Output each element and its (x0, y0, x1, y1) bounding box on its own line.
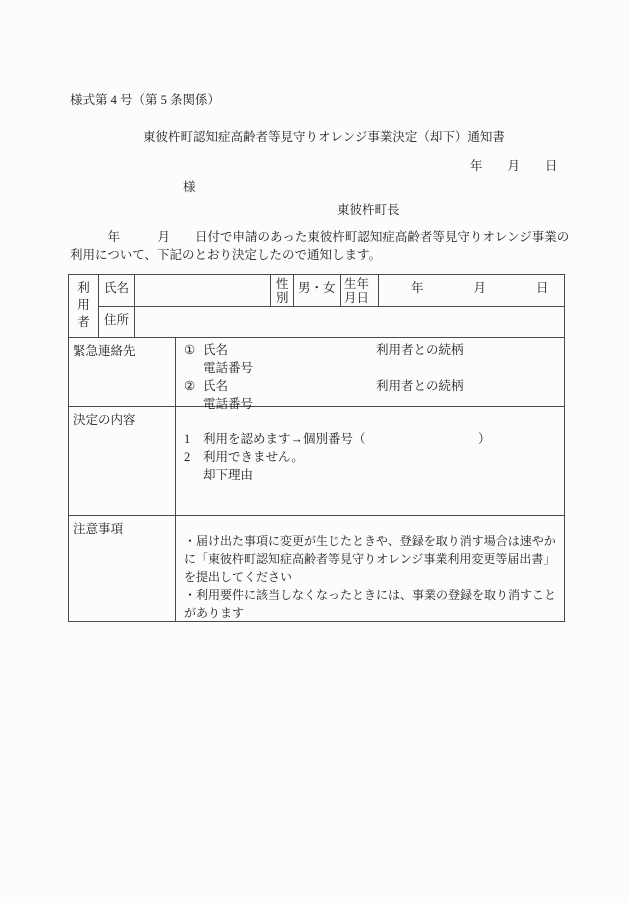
address-value-cell (135, 307, 564, 337)
name-label: 氏名 (99, 275, 135, 306)
notes-row: 注意事項 ・届け出た事項に変更が生じたときや、登録を取り消す場合は速やかに「東彼… (69, 516, 564, 622)
option-text: 利用できません。 (203, 450, 304, 464)
notes-text: ・届け出た事項に変更が生じたときや、登録を取り消す場合は速やかに「東彼杵町認知症… (176, 516, 564, 622)
decision-option-2: 2利用できません。 (184, 448, 564, 466)
emergency-contact-row: 緊急連絡先 ①氏名 利用者との続柄 電話番号 ②氏名 利用者との続柄 電話番号 (69, 338, 564, 407)
emergency-contact-label: 緊急連絡先 (69, 338, 176, 406)
decision-content: 1利用を認めます→個別番号（ ） 2利用できません。 却下理由 (176, 407, 564, 515)
sex-options: 男・女 (294, 275, 341, 306)
contact-name-label: 氏名 (203, 343, 228, 357)
emergency-entry-2: ②氏名 利用者との続柄 (184, 377, 564, 395)
name-value-cell (135, 275, 271, 306)
birth-date-label: 生年月日 (341, 275, 379, 306)
emergency-entry-1: ①氏名 利用者との続柄 (184, 341, 564, 359)
emergency-contact-content: ①氏名 利用者との続柄 電話番号 ②氏名 利用者との続柄 電話番号 (176, 338, 564, 406)
form-number: 様式第 4 号（第 5 条関係） (70, 90, 220, 108)
user-address-row: 住所 (99, 307, 564, 337)
option-number: 2 (184, 448, 203, 466)
contact-relation-label: 利用者との続柄 (376, 341, 464, 359)
decision-option-1: 1利用を認めます→個別番号（ ） (184, 430, 564, 448)
user-group-label: 利用者 (69, 275, 99, 337)
application-form-table: 利用者 氏名 性別 男・女 生年月日 年 月 日 住所 緊急連絡先 (68, 274, 565, 622)
body-line-2: 利用について、下記のとおり決定したので通知します。 (70, 246, 590, 264)
rejection-reason-label: 却下理由 (203, 468, 253, 482)
contact-relation-label: 利用者との続柄 (376, 377, 464, 395)
page-title: 東彼杵町認知症高齢者等見守りオレンジ事業決定（却下）通知書 (143, 127, 505, 145)
sender-name: 東彼杵町長 (337, 200, 400, 218)
decision-row: 決定の内容 1利用を認めます→個別番号（ ） 2利用できません。 却下理由 (69, 407, 564, 516)
issue-date-line: 年 月 日 (470, 156, 558, 174)
body-paragraph: 年 月 日付で申請のあった東彼杵町認知症高齢者等見守りオレンジ事業の 利用につい… (70, 228, 590, 264)
contact-number-badge: ① (184, 341, 203, 359)
contact-number-badge: ② (184, 377, 203, 395)
sex-label: 性別 (271, 275, 294, 306)
option-number: 1 (184, 430, 203, 448)
option-text: 利用を認めます→個別番号（ ） (203, 432, 491, 446)
notes-label: 注意事項 (69, 516, 176, 622)
addressee-suffix: 様 (183, 177, 196, 195)
user-info-cells: 氏名 性別 男・女 生年月日 年 月 日 住所 (99, 275, 564, 337)
document-page: 様式第 4 号（第 5 条関係） 東彼杵町認知症高齢者等見守りオレンジ事業決定（… (0, 0, 630, 903)
rejection-reason-line: 却下理由 (184, 466, 564, 484)
address-label: 住所 (99, 307, 135, 337)
contact-phone-label: 電話番号 (184, 359, 564, 377)
user-name-row: 氏名 性別 男・女 生年月日 年 月 日 (99, 275, 564, 307)
contact-name-label: 氏名 (203, 379, 228, 393)
body-line-1: 年 月 日付で申請のあった東彼杵町認知症高齢者等見守りオレンジ事業の (70, 228, 590, 246)
user-info-row: 利用者 氏名 性別 男・女 生年月日 年 月 日 住所 (69, 275, 564, 338)
decision-label: 決定の内容 (69, 407, 176, 515)
birth-date-cell: 年 月 日 (379, 275, 564, 306)
